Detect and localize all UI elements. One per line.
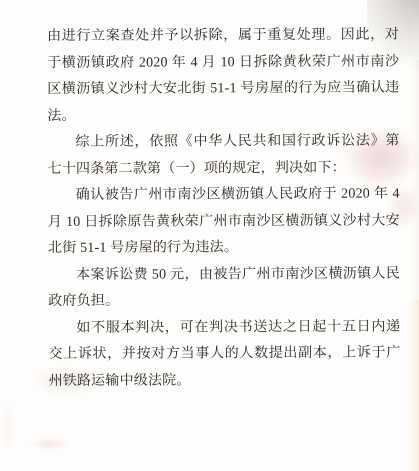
scan-edge-shade-lower-right xyxy=(409,300,419,471)
scan-edge-shade-upper-right xyxy=(411,60,419,300)
judgment-paragraph-legal-basis: 综上所述，依照《中华人民共和国行政诉讼法》第七十四条第二款第（一）项的规定，判决… xyxy=(47,128,399,183)
scan-smudge-bottom-dot xyxy=(28,438,70,450)
judgment-paragraph-ruling: 确认被告广州市南沙区横沥镇人民政府于 2020 年 4 月 10 日拆除原告黄秋… xyxy=(48,181,400,262)
judgment-text-block: 由进行立案查处并予以拆除，属于重复处理。因此，对于横沥镇政府 2020 年 4 … xyxy=(47,22,401,395)
document-page: 由进行立案查处并予以拆除，属于重复处理。因此，对于横沥镇政府 2020 年 4 … xyxy=(0,0,419,471)
judgment-paragraph-conclusion-continued: 由进行立案查处并予以拆除，属于重复处理。因此，对于横沥镇政府 2020 年 4 … xyxy=(47,22,399,130)
judgment-paragraph-appeal-notice: 如不服本判决，可在判决书送达之日起十五日内递交上诉状，并按对方当事人的人数提出副… xyxy=(48,314,400,395)
scan-stain-left-edge xyxy=(0,400,16,455)
judgment-paragraph-court-fee: 本案诉讼费 50 元，由被告广州市南沙区横沥镇人民政府负担。 xyxy=(48,261,400,316)
